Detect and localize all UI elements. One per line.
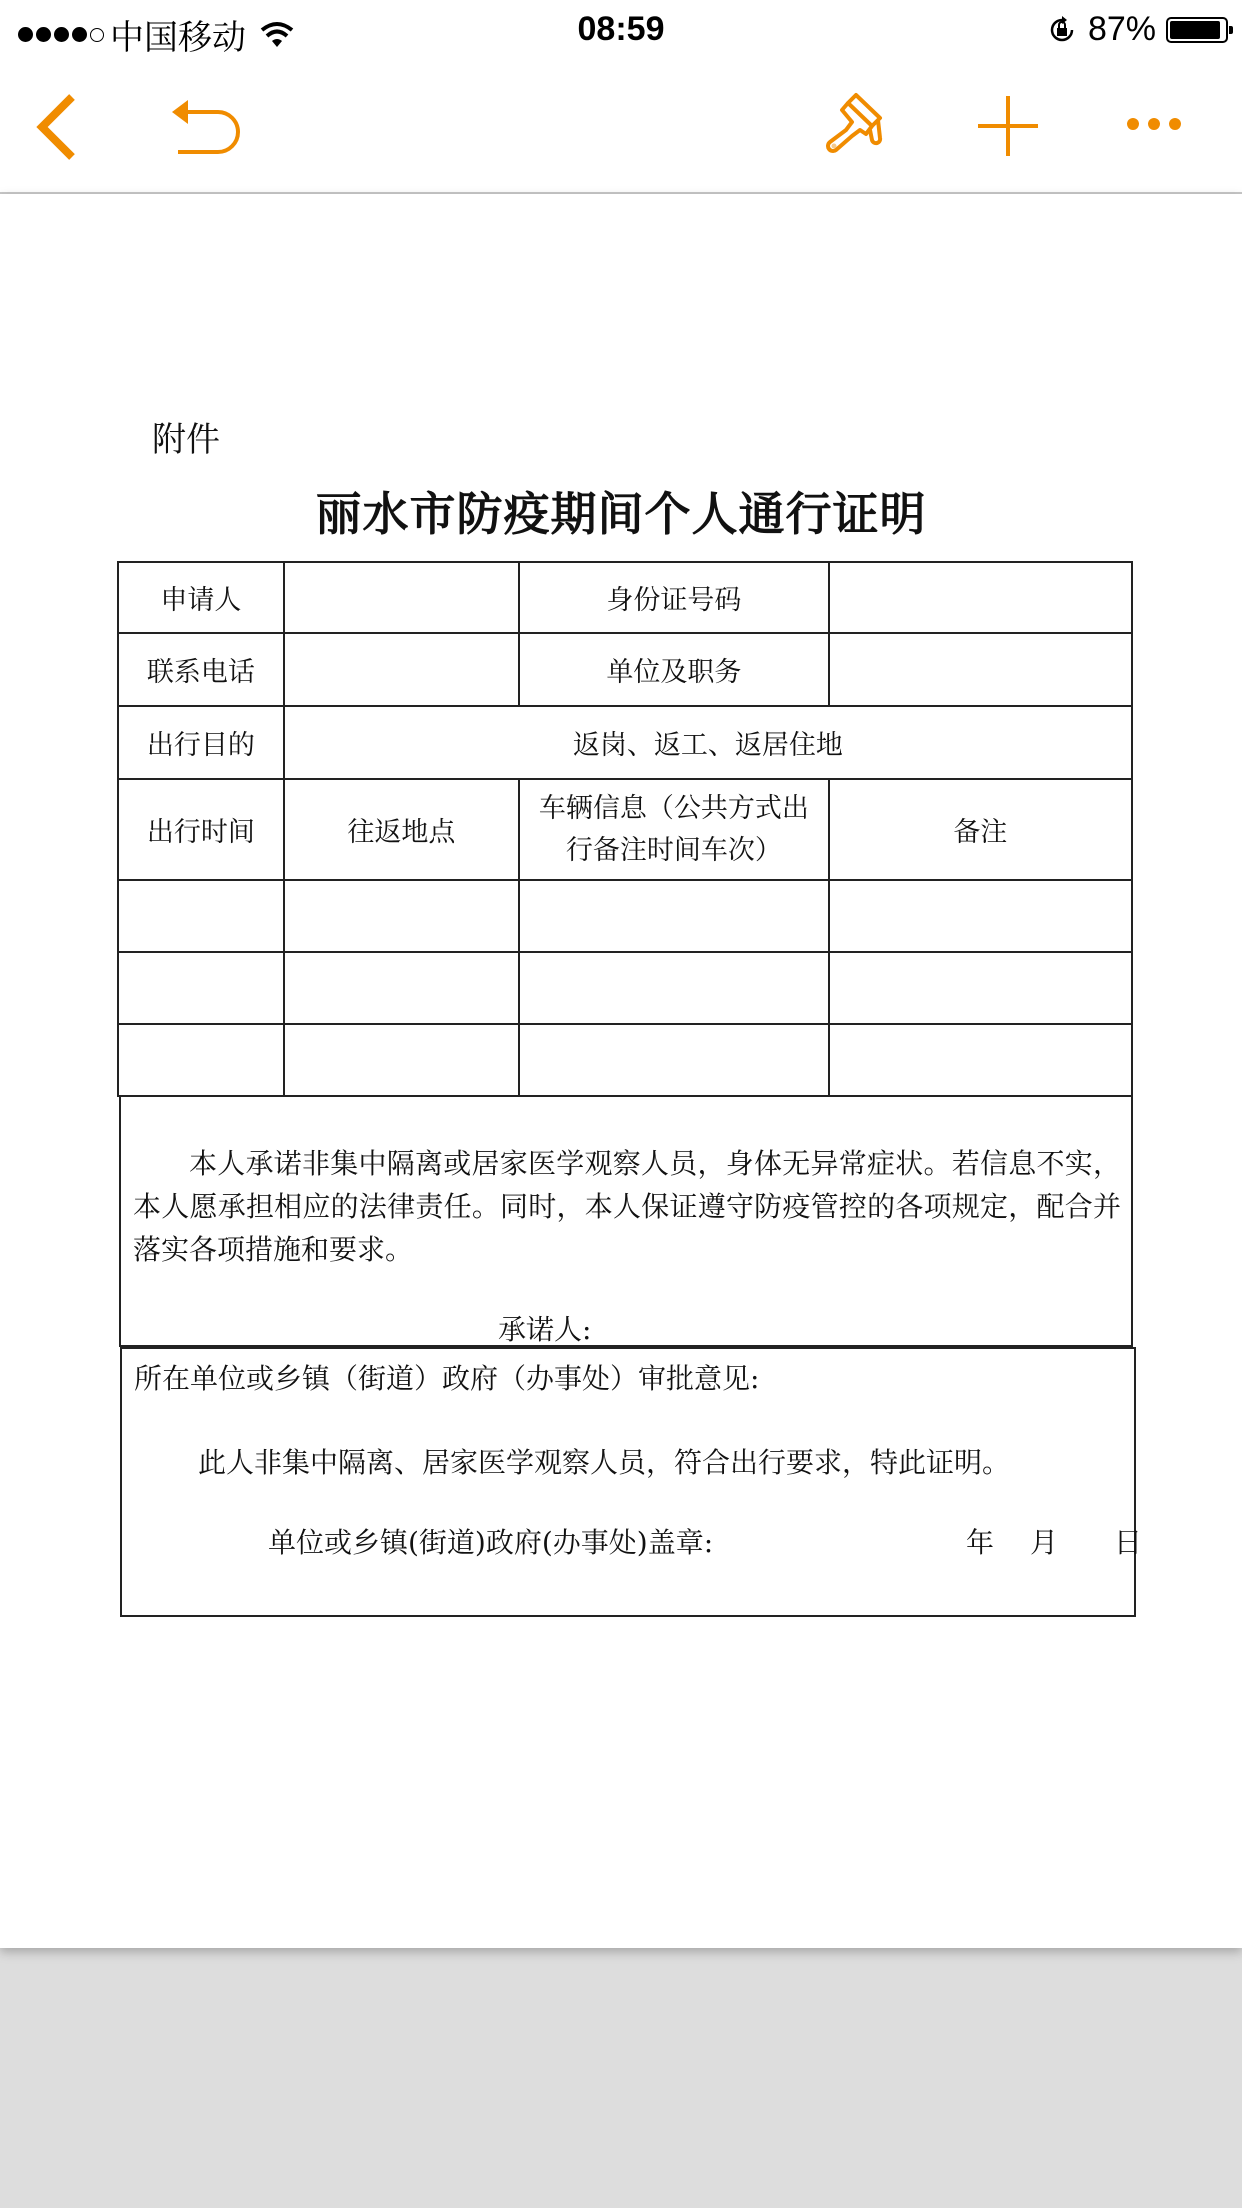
document-title: 丽水市防疫期间个人通行证明 xyxy=(0,478,1242,544)
approval-section: 所在单位或乡镇（街道）政府（办事处）审批意见: 此人非集中隔离、居家医学观察人员… xyxy=(120,1347,1136,1617)
undo-button[interactable] xyxy=(168,96,240,156)
date-fields: 年 月 日 xyxy=(966,1521,1142,1561)
table-row: 申请人 身份证号码 xyxy=(118,562,1132,633)
phone-label: 联系电话 xyxy=(118,633,284,706)
cell xyxy=(519,880,828,952)
declaration-section: 本人承诺非集中隔离或居家医学观察人员，身体无异常症状。若信息不实，本人愿承担相应… xyxy=(119,1095,1133,1347)
status-right: 87% xyxy=(1046,10,1228,49)
undo-icon xyxy=(168,96,240,156)
cell xyxy=(284,880,520,952)
battery-icon xyxy=(1166,17,1228,43)
back-button[interactable] xyxy=(30,92,80,162)
signer-label: 承诺人: xyxy=(498,1308,591,1348)
cell xyxy=(284,952,520,1024)
plus-icon xyxy=(978,96,1038,156)
applicant-field xyxy=(284,562,520,633)
stamp-label: 单位或乡镇(街道)政府(办事处)盖章: xyxy=(268,1521,713,1561)
chevron-left-icon xyxy=(30,92,80,162)
date-year: 年 xyxy=(966,1521,994,1561)
date-day: 日 xyxy=(1114,1521,1142,1561)
table-row xyxy=(118,1024,1132,1096)
cell xyxy=(118,880,284,952)
paintbrush-icon xyxy=(822,90,892,160)
header-remarks: 备注 xyxy=(829,779,1132,880)
toolbar xyxy=(0,62,1242,194)
format-button[interactable] xyxy=(822,90,892,160)
cell xyxy=(829,1024,1132,1096)
add-button[interactable] xyxy=(978,96,1038,156)
table-row: 出行目的 返岗、返工、返居住地 xyxy=(118,706,1132,779)
header-travel-time: 出行时间 xyxy=(118,779,284,880)
more-button[interactable] xyxy=(1126,114,1184,134)
cell xyxy=(118,952,284,1024)
certification-text: 此人非集中隔离、居家医学观察人员，符合出行要求，特此证明。 xyxy=(198,1441,1010,1481)
rotation-lock-icon xyxy=(1046,14,1078,46)
cell xyxy=(118,1024,284,1096)
id-number-field xyxy=(829,562,1132,633)
header-destination: 往返地点 xyxy=(284,779,520,880)
applicant-label: 申请人 xyxy=(118,562,284,633)
approval-label: 所在单位或乡镇（街道）政府（办事处）审批意见: xyxy=(134,1357,759,1397)
employer-position-field xyxy=(829,633,1132,706)
table-row: 联系电话 单位及职务 xyxy=(118,633,1132,706)
phone-field xyxy=(284,633,520,706)
employer-position-label: 单位及职务 xyxy=(519,633,828,706)
travel-purpose-value: 返岗、返工、返居住地 xyxy=(284,706,1132,779)
declaration-text: 本人承诺非集中隔离或居家医学观察人员，身体无异常症状。若信息不实，本人愿承担相应… xyxy=(133,1142,1121,1271)
id-number-label: 身份证号码 xyxy=(519,562,828,633)
table-row xyxy=(118,952,1132,1024)
cell xyxy=(829,952,1132,1024)
pass-form-table: 申请人 身份证号码 联系电话 单位及职务 出行目的 返岗、返工、返居住地 出行时… xyxy=(117,561,1133,1097)
cell xyxy=(284,1024,520,1096)
date-month: 月 xyxy=(1030,1521,1058,1561)
battery-percent: 87% xyxy=(1088,10,1156,49)
table-row xyxy=(118,880,1132,952)
travel-purpose-label: 出行目的 xyxy=(118,706,284,779)
table-header-row: 出行时间 往返地点 车辆信息（公共方式出行备注时间车次） 备注 xyxy=(118,779,1132,880)
attachment-label: 附件 xyxy=(152,412,220,461)
cell xyxy=(519,952,828,1024)
status-bar: 中国移动 08:59 87% xyxy=(0,0,1242,62)
header-vehicle-info: 车辆信息（公共方式出行备注时间车次） xyxy=(519,779,828,880)
cell xyxy=(519,1024,828,1096)
cell xyxy=(829,880,1132,952)
more-icon xyxy=(1126,114,1184,134)
